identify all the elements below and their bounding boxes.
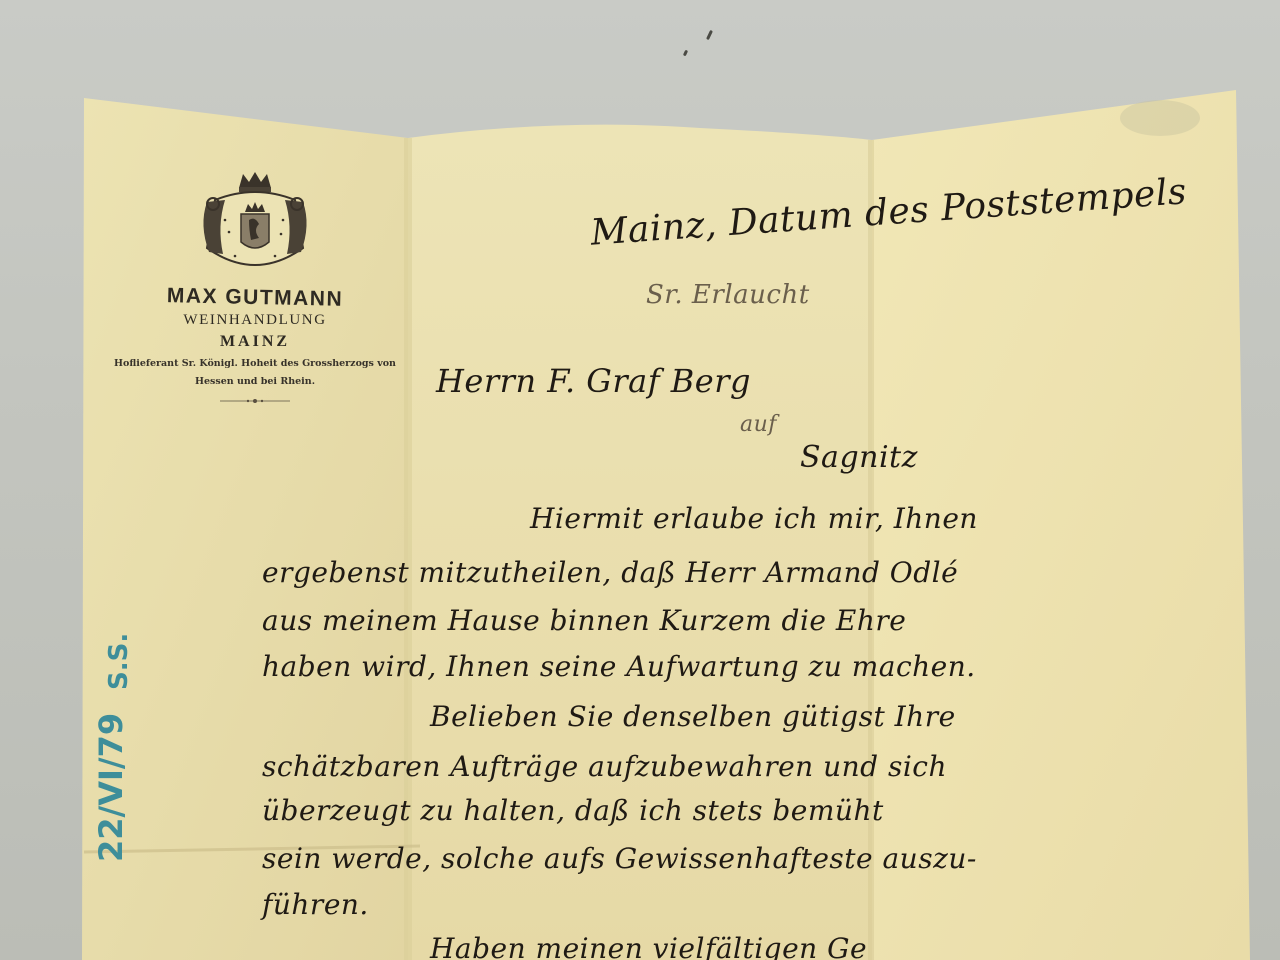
addressee-line-1: Herrn F. Graf Berg bbox=[436, 362, 751, 400]
firm-name: MAX GUTMANN bbox=[100, 283, 410, 313]
letter-photo: MAX GUTMANN WEINHANDLUNG MAINZ Hofliefer… bbox=[0, 0, 1280, 960]
purveyor-line-2: Hessen und bei Rhein. bbox=[100, 373, 410, 391]
pencil-date-note: 22/VI/79 bbox=[92, 713, 130, 862]
addressee-line-2: auf bbox=[740, 412, 777, 437]
trade-title: WEINHANDLUNG bbox=[100, 312, 410, 329]
body-line-3: aus meinem Hause binnen Kurzem die Ehre bbox=[262, 604, 906, 637]
body-line-10: Haben meinen vielfältigen Ge bbox=[430, 932, 867, 960]
purveyor-line-1: Hoflieferant Sr. Königl. Hoheit des Gros… bbox=[100, 357, 410, 371]
body-line-2: ergebenst mitzutheilen, daß Herr Armand … bbox=[262, 556, 958, 589]
coat-of-arms-icon bbox=[195, 170, 315, 280]
pencil-initials-note: S.S. bbox=[104, 633, 134, 690]
body-line-1: Hiermit erlaube ich mir, Ihnen bbox=[530, 502, 978, 535]
body-line-5: Belieben Sie denselben gütigst Ihre bbox=[430, 700, 956, 733]
letterhead: MAX GUTMANN WEINHANDLUNG MAINZ Hofliefer… bbox=[100, 170, 410, 405]
body-line-6: schätzbaren Aufträge aufzubewahren und s… bbox=[262, 750, 947, 783]
body-line-7: überzeugt zu halten, daß ich stets bemüh… bbox=[262, 794, 884, 827]
addressee-line-3: Sagnitz bbox=[800, 440, 918, 475]
divider-ornament-icon bbox=[220, 397, 290, 405]
city-name: MAINZ bbox=[100, 333, 410, 351]
salutation-title: Sr. Erlaucht bbox=[646, 280, 810, 310]
body-line-8: sein werde, solche aufs Gewissenhafteste… bbox=[262, 842, 977, 875]
body-line-9: führen. bbox=[262, 888, 369, 921]
body-line-4: haben wird, Ihnen seine Aufwartung zu ma… bbox=[262, 650, 976, 683]
